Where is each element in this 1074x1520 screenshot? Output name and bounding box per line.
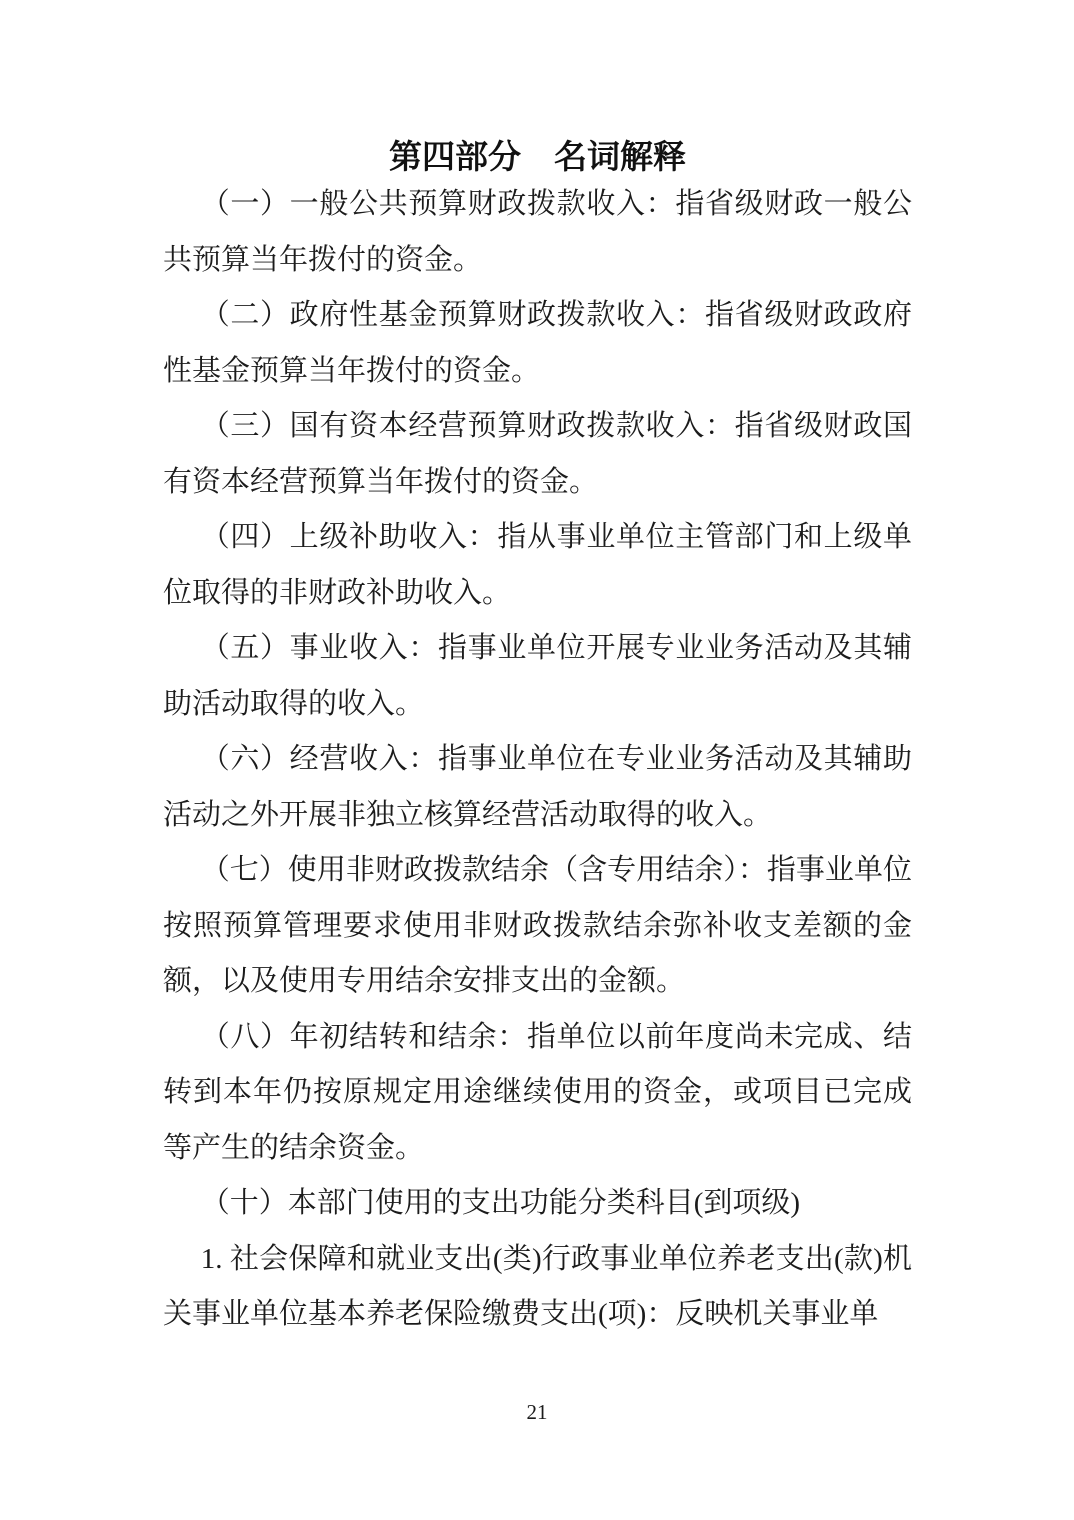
paragraph: （八）年初结转和结余：指单位以前年度尚未完成、结转到本年仍按原规定用途继续使用的… <box>163 1010 912 1177</box>
document-title: 第四部分 名词解释 <box>163 137 912 177</box>
paragraph: （一）一般公共预算财政拨款收入：指省级财政一般公共预算当年拨付的资金。 <box>163 177 912 288</box>
page-number: 21 <box>0 1400 1074 1425</box>
paragraph: （二）政府性基金预算财政拨款收入：指省级财政政府性基金预算当年拨付的资金。 <box>163 288 912 399</box>
paragraph: （五）事业收入：指事业单位开展专业业务活动及其辅助活动取得的收入。 <box>163 621 912 732</box>
document-content: 第四部分 名词解释 （一）一般公共预算财政拨款收入：指省级财政一般公共预算当年拨… <box>163 137 912 1343</box>
paragraph: （四）上级补助收入：指从事业单位主管部门和上级单位取得的非财政补助收入。 <box>163 510 912 621</box>
document-page: 第四部分 名词解释 （一）一般公共预算财政拨款收入：指省级财政一般公共预算当年拨… <box>0 0 1074 1520</box>
paragraph: （十）本部门使用的支出功能分类科目(到项级) <box>163 1176 912 1232</box>
paragraph: 1. 社会保障和就业支出(类)行政事业单位养老支出(款)机关事业单位基本养老保险… <box>163 1232 912 1343</box>
paragraph-list: （一）一般公共预算财政拨款收入：指省级财政一般公共预算当年拨付的资金。（二）政府… <box>163 177 912 1343</box>
paragraph: （七）使用非财政拨款结余（含专用结余）：指事业单位按照预算管理要求使用非财政拨款… <box>163 843 912 1010</box>
paragraph: （六）经营收入：指事业单位在专业业务活动及其辅助活动之外开展非独立核算经营活动取… <box>163 732 912 843</box>
paragraph: （三）国有资本经营预算财政拨款收入：指省级财政国有资本经营预算当年拨付的资金。 <box>163 399 912 510</box>
